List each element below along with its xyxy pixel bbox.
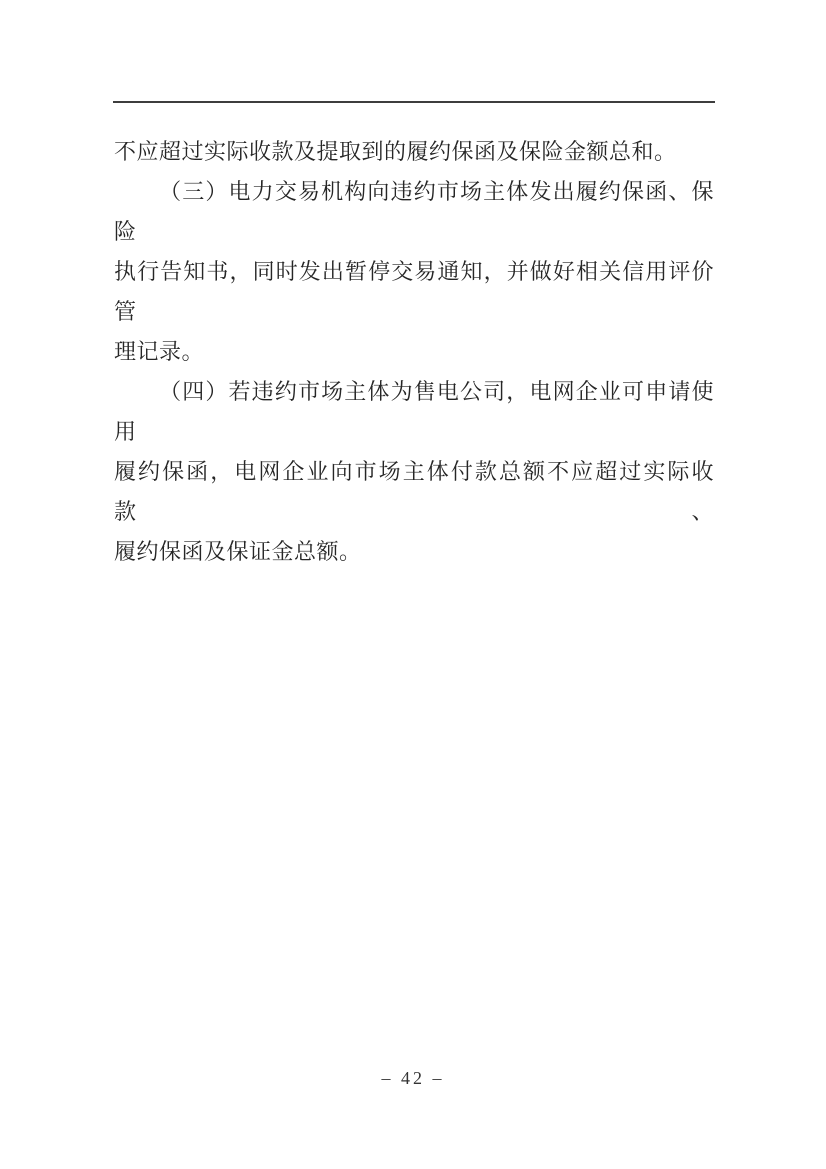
paragraph-line: 理记录。	[114, 332, 714, 372]
paragraph-line: 执行告知书，同时发出暂停交易通知，并做好相关信用评价管	[114, 252, 714, 332]
paragraph-line: （四）若违约市场主体为售电公司，电网企业可申请使用	[114, 372, 714, 452]
document-page: 不应超过实际收款及提取到的履约保函及保险金额总和。 （三）电力交易机构向违约市场…	[0, 0, 826, 1169]
body-paragraph: 不应超过实际收款及提取到的履约保函及保险金额总和。	[114, 132, 714, 172]
page-number: – 42 –	[0, 1068, 826, 1089]
body-paragraph: （三）电力交易机构向违约市场主体发出履约保函、保险 执行告知书，同时发出暂停交易…	[114, 172, 714, 372]
paragraph-line: （三）电力交易机构向违约市场主体发出履约保函、保险	[114, 172, 714, 252]
document-body: 不应超过实际收款及提取到的履约保函及保险金额总和。 （三）电力交易机构向违约市场…	[114, 132, 714, 572]
paragraph-line: 履约保函及保证金总额。	[114, 532, 714, 572]
paragraph-line: 履约保函，电网企业向市场主体付款总额不应超过实际收款、	[114, 452, 714, 532]
paragraph-line: 不应超过实际收款及提取到的履约保函及保险金额总和。	[114, 132, 714, 172]
header-rule	[113, 101, 715, 103]
body-paragraph: （四）若违约市场主体为售电公司，电网企业可申请使用 履约保函，电网企业向市场主体…	[114, 372, 714, 572]
